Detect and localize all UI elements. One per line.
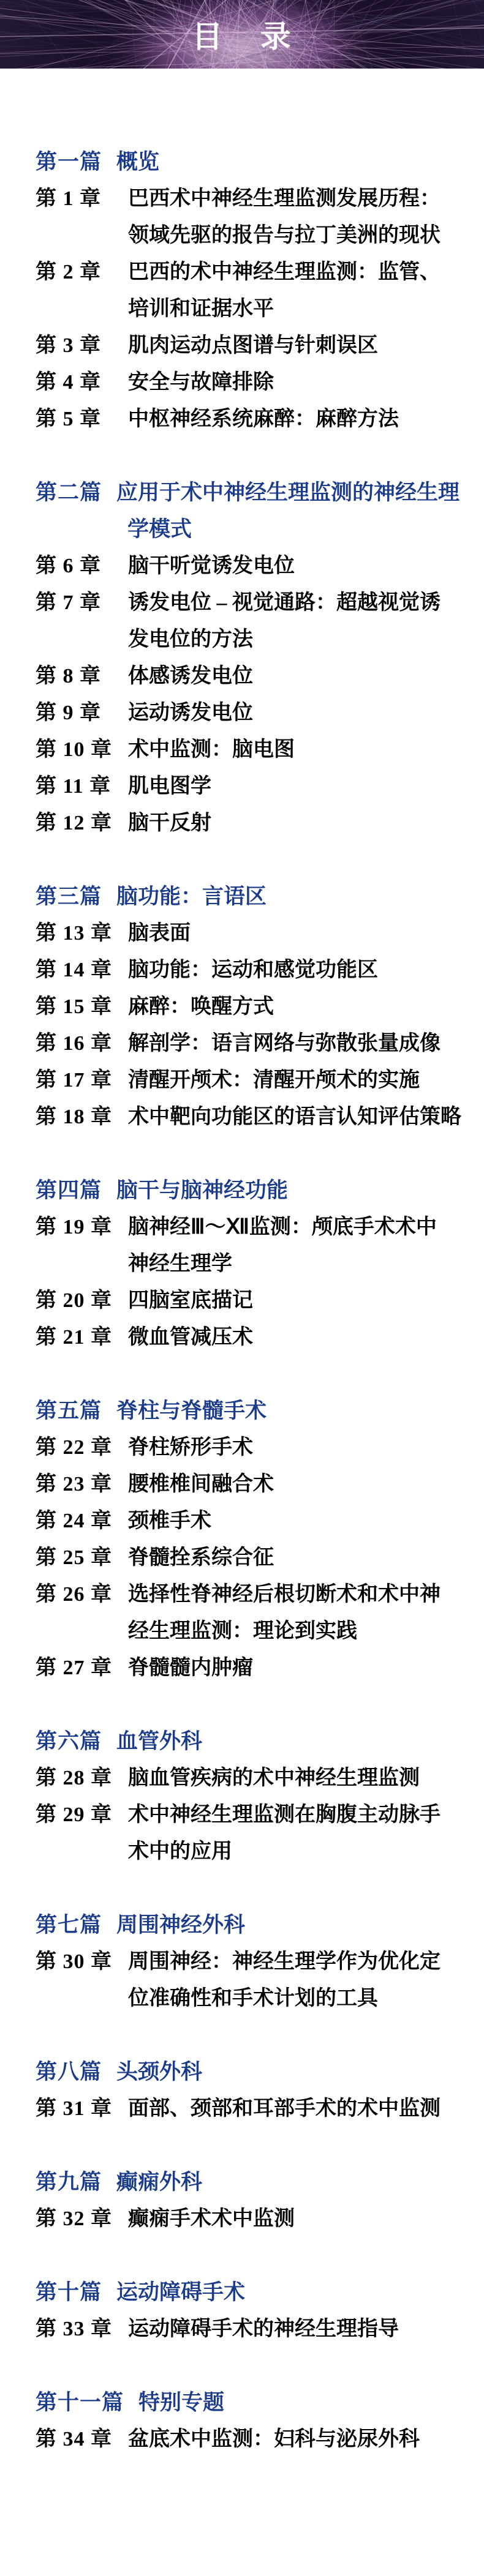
section-label: 第七篇 <box>36 1907 102 1944</box>
chapter-label: 第 7 章 <box>36 585 128 621</box>
chapter-row: 第 7 章诱发电位 – 视觉通路：超越视觉诱发电位的方法 <box>36 585 459 658</box>
chapter-title-line: 癫痫手术术中监测 <box>128 2201 295 2237</box>
section-title: 癫痫外科 <box>116 2164 202 2201</box>
chapter-label: 第 15 章 <box>36 989 128 1025</box>
chapter-title-line: 脑干听觉诱发电位 <box>128 548 295 585</box>
chapter-label: 第 27 章 <box>36 1650 128 1687</box>
section-block: 第七篇周围神经外科第 30 章周围神经：神经生理学作为优化定位准确性和手术计划的… <box>36 1907 459 2017</box>
chapter-label: 第 3 章 <box>36 328 128 364</box>
chapter-row: 第 11 章肌电图学 <box>36 768 459 805</box>
chapter-label: 第 21 章 <box>36 1319 128 1356</box>
chapter-title-line: 四脑室底描记 <box>128 1282 253 1319</box>
chapter-title-line: 脑干反射 <box>128 805 211 842</box>
chapter-row: 第 3 章肌肉运动点图谱与针刺误区 <box>36 328 459 364</box>
chapter-row: 第 17 章清醒开颅术：清醒开颅术的实施 <box>36 1062 459 1099</box>
section-header: 第十篇运动障碍手术 <box>36 2274 459 2311</box>
chapter-title-line: 脊髓拴系综合征 <box>128 1540 274 1576</box>
chapter-row: 第 22 章脊柱矫形手术 <box>36 1429 459 1466</box>
chapter-title: 术中监测：脑电图 <box>128 732 295 768</box>
chapter-label: 第 30 章 <box>36 1944 128 1980</box>
chapter-label: 第 13 章 <box>36 915 128 952</box>
chapter-row: 第 18 章术中靶向功能区的语言认知评估策略 <box>36 1099 459 1136</box>
banner: 目 录 <box>0 0 484 69</box>
chapter-title: 周围神经：神经生理学作为优化定位准确性和手术计划的工具 <box>128 1944 441 2017</box>
chapter-row: 第 29 章术中神经生理监测在胸腹主动脉手术中的应用 <box>36 1797 459 1870</box>
chapter-title-line: 脑功能：运动和感觉功能区 <box>128 952 378 989</box>
chapter-title: 中枢神经系统麻醉：麻醉方法 <box>128 401 399 438</box>
section-header: 第十一篇特别专题 <box>36 2384 459 2421</box>
chapter-title: 脊髓髓内肿瘤 <box>128 1650 253 1687</box>
chapter-row: 第 20 章四脑室底描记 <box>36 1282 459 1319</box>
section-label: 第十篇 <box>36 2274 102 2311</box>
chapter-title-line: 脑神经Ⅲ～Ⅻ监测：颅底手术术中 <box>128 1209 437 1246</box>
chapter-title-line: 术中神经生理监测在胸腹主动脉手 <box>128 1797 441 1833</box>
section-title: 脊柱与脊髓手术 <box>116 1393 267 1429</box>
chapter-title: 术中神经生理监测在胸腹主动脉手术中的应用 <box>128 1797 441 1870</box>
chapter-title: 腰椎椎间融合术 <box>128 1466 274 1503</box>
section-title-line: 脑功能：言语区 <box>116 878 267 915</box>
chapter-label: 第 16 章 <box>36 1025 128 1062</box>
chapter-row: 第 33 章运动障碍手术的神经生理指导 <box>36 2311 459 2348</box>
chapter-row: 第 10 章术中监测：脑电图 <box>36 732 459 768</box>
section-title: 应用于术中神经生理监测的神经生理学模式 <box>116 474 459 548</box>
chapter-title: 安全与故障排除 <box>128 364 274 401</box>
chapter-title-line: 麻醉：唤醒方式 <box>128 989 274 1025</box>
section-title-line: 学模式 <box>127 511 459 548</box>
section-block: 第九篇癫痫外科第 32 章癫痫手术术中监测 <box>36 2164 459 2237</box>
chapter-label: 第 33 章 <box>36 2311 128 2348</box>
chapter-label: 第 28 章 <box>36 1760 128 1797</box>
section-label: 第八篇 <box>36 2054 102 2091</box>
chapter-title-line: 领域先驱的报告与拉丁美洲的现状 <box>128 217 441 254</box>
chapter-title: 盆底术中监测：妇科与泌尿外科 <box>128 2421 420 2458</box>
chapter-label: 第 4 章 <box>36 364 128 401</box>
chapter-row: 第 6 章脑干听觉诱发电位 <box>36 548 459 585</box>
section-block: 第十篇运动障碍手术第 33 章运动障碍手术的神经生理指导 <box>36 2274 459 2348</box>
chapter-title-line: 安全与故障排除 <box>128 364 274 401</box>
chapter-row: 第 15 章麻醉：唤醒方式 <box>36 989 459 1025</box>
section-title: 概览 <box>116 144 159 181</box>
chapter-title: 术中靶向功能区的语言认知评估策略 <box>128 1099 461 1136</box>
chapter-label: 第 12 章 <box>36 805 128 842</box>
chapter-title: 脑血管疾病的术中神经生理监测 <box>128 1760 420 1797</box>
chapter-row: 第 28 章脑血管疾病的术中神经生理监测 <box>36 1760 459 1797</box>
section-block: 第三篇脑功能：言语区第 13 章脑表面第 14 章脑功能：运动和感觉功能区第 1… <box>36 878 459 1136</box>
chapter-label: 第 1 章 <box>36 181 128 217</box>
chapter-title: 脑功能：运动和感觉功能区 <box>128 952 378 989</box>
chapter-row: 第 24 章颈椎手术 <box>36 1503 459 1540</box>
section-label: 第五篇 <box>36 1393 102 1429</box>
chapter-title-line: 发电位的方法 <box>128 621 441 658</box>
section-title: 血管外科 <box>116 1723 202 1760</box>
chapter-label: 第 34 章 <box>36 2421 128 2458</box>
chapter-row: 第 31 章面部、颈部和耳部手术的术中监测 <box>36 2091 459 2127</box>
chapter-title-line: 肌电图学 <box>128 768 211 805</box>
chapter-title-line: 术中监测：脑电图 <box>128 732 295 768</box>
section-header: 第一篇概览 <box>36 144 459 181</box>
chapter-title: 清醒开颅术：清醒开颅术的实施 <box>128 1062 420 1099</box>
chapter-row: 第 25 章脊髓拴系综合征 <box>36 1540 459 1576</box>
chapter-title-line: 脊髓髓内肿瘤 <box>128 1650 253 1687</box>
chapter-title-line: 中枢神经系统麻醉：麻醉方法 <box>128 401 399 438</box>
chapter-label: 第 9 章 <box>36 695 128 732</box>
section-title-line: 癫痫外科 <box>116 2164 202 2201</box>
chapter-title-line: 巴西术中神经生理监测发展历程： <box>128 181 441 217</box>
chapter-title-line: 肌肉运动点图谱与针刺误区 <box>128 328 378 364</box>
chapter-label: 第 17 章 <box>36 1062 128 1099</box>
chapter-title-line: 神经生理学 <box>128 1246 437 1282</box>
chapter-label: 第 29 章 <box>36 1797 128 1833</box>
section-header: 第六篇血管外科 <box>36 1723 459 1760</box>
section-label: 第四篇 <box>36 1172 102 1209</box>
section-title: 脑干与脑神经功能 <box>116 1172 288 1209</box>
chapter-title: 微血管减压术 <box>128 1319 253 1356</box>
chapter-title: 脑干听觉诱发电位 <box>128 548 295 585</box>
chapter-title: 肌电图学 <box>128 768 211 805</box>
section-label: 第二篇 <box>36 474 102 511</box>
chapter-row: 第 30 章周围神经：神经生理学作为优化定位准确性和手术计划的工具 <box>36 1944 459 2017</box>
chapter-label: 第 26 章 <box>36 1576 128 1613</box>
chapter-title-line: 面部、颈部和耳部手术的术中监测 <box>128 2091 441 2127</box>
section-title: 特别专题 <box>138 2384 224 2421</box>
chapter-row: 第 21 章微血管减压术 <box>36 1319 459 1356</box>
chapter-title-line: 周围神经：神经生理学作为优化定 <box>128 1944 441 1980</box>
section-block: 第八篇头颈外科第 31 章面部、颈部和耳部手术的术中监测 <box>36 2054 459 2127</box>
section-title: 周围神经外科 <box>116 1907 245 1944</box>
chapter-title: 肌肉运动点图谱与针刺误区 <box>128 328 378 364</box>
chapter-title: 脑神经Ⅲ～Ⅻ监测：颅底手术术中神经生理学 <box>128 1209 437 1282</box>
toc-page: 目 录 第一篇概览第 1 章巴西术中神经生理监测发展历程：领域先驱的报告与拉丁美… <box>0 0 484 2576</box>
section-block: 第一篇概览第 1 章巴西术中神经生理监测发展历程：领域先驱的报告与拉丁美洲的现状… <box>36 144 459 438</box>
chapter-row: 第 32 章癫痫手术术中监测 <box>36 2201 459 2237</box>
chapter-label: 第 6 章 <box>36 548 128 585</box>
section-label: 第九篇 <box>36 2164 102 2201</box>
section-header: 第四篇脑干与脑神经功能 <box>36 1172 459 1209</box>
chapter-title: 诱发电位 – 视觉通路：超越视觉诱发电位的方法 <box>128 585 441 658</box>
chapter-label: 第 32 章 <box>36 2201 128 2237</box>
chapter-title: 解剖学：语言网络与弥散张量成像 <box>128 1025 441 1062</box>
chapter-title: 运动障碍手术的神经生理指导 <box>128 2311 399 2348</box>
chapter-row: 第 34 章盆底术中监测：妇科与泌尿外科 <box>36 2421 459 2458</box>
chapter-label: 第 11 章 <box>36 768 128 805</box>
chapter-row: 第 8 章体感诱发电位 <box>36 658 459 695</box>
section-header: 第二篇应用于术中神经生理监测的神经生理学模式 <box>36 474 459 548</box>
chapter-title-line: 体感诱发电位 <box>128 658 253 695</box>
chapter-title-line: 术中的应用 <box>128 1833 441 1870</box>
chapter-row: 第 19 章脑神经Ⅲ～Ⅻ监测：颅底手术术中神经生理学 <box>36 1209 459 1282</box>
section-block: 第五篇脊柱与脊髓手术第 22 章脊柱矫形手术第 23 章腰椎椎间融合术第 24 … <box>36 1393 459 1687</box>
chapter-title-line: 选择性脊神经后根切断术和术中神 <box>128 1576 441 1613</box>
chapter-label: 第 18 章 <box>36 1099 128 1136</box>
chapter-title-line: 经生理监测：理论到实践 <box>128 1613 441 1650</box>
section-title-line: 脑干与脑神经功能 <box>116 1172 288 1209</box>
chapter-row: 第 9 章运动诱发电位 <box>36 695 459 732</box>
chapter-row: 第 14 章脑功能：运动和感觉功能区 <box>36 952 459 989</box>
chapter-label: 第 31 章 <box>36 2091 128 2127</box>
section-title: 头颈外科 <box>116 2054 202 2091</box>
chapter-title: 运动诱发电位 <box>128 695 253 732</box>
section-label: 第三篇 <box>36 878 102 915</box>
chapter-title-line: 位准确性和手术计划的工具 <box>128 1980 441 2017</box>
chapter-row: 第 5 章中枢神经系统麻醉：麻醉方法 <box>36 401 459 438</box>
chapter-label: 第 2 章 <box>36 254 128 291</box>
chapter-title: 脑表面 <box>128 915 191 952</box>
section-title-line: 概览 <box>116 144 159 181</box>
chapter-title-line: 颈椎手术 <box>128 1503 211 1540</box>
chapter-title: 选择性脊神经后根切断术和术中神经生理监测：理论到实践 <box>128 1576 441 1650</box>
section-header: 第五篇脊柱与脊髓手术 <box>36 1393 459 1429</box>
chapter-title: 巴西的术中神经生理监测：监管、培训和证据水平 <box>128 254 441 328</box>
section-header: 第三篇脑功能：言语区 <box>36 878 459 915</box>
section-title-line: 运动障碍手术 <box>116 2274 245 2311</box>
page-title: 目 录 <box>0 0 484 69</box>
section-title-line: 特别专题 <box>138 2384 224 2421</box>
section-title-line: 脊柱与脊髓手术 <box>116 1393 267 1429</box>
chapter-title-line: 诱发电位 – 视觉通路：超越视觉诱 <box>128 585 441 621</box>
chapter-title: 巴西术中神经生理监测发展历程：领域先驱的报告与拉丁美洲的现状 <box>128 181 441 254</box>
chapter-title-line: 脊柱矫形手术 <box>128 1429 253 1466</box>
section-title-line: 头颈外科 <box>116 2054 202 2091</box>
chapter-row: 第 12 章脑干反射 <box>36 805 459 842</box>
chapter-title-line: 脑血管疾病的术中神经生理监测 <box>128 1760 420 1797</box>
section-header: 第七篇周围神经外科 <box>36 1907 459 1944</box>
chapter-title: 脊柱矫形手术 <box>128 1429 253 1466</box>
chapter-row: 第 4 章安全与故障排除 <box>36 364 459 401</box>
chapter-label: 第 23 章 <box>36 1466 128 1503</box>
chapter-row: 第 23 章腰椎椎间融合术 <box>36 1466 459 1503</box>
chapter-title-line: 盆底术中监测：妇科与泌尿外科 <box>128 2421 420 2458</box>
chapter-title: 面部、颈部和耳部手术的术中监测 <box>128 2091 441 2127</box>
section-label: 第一篇 <box>36 144 102 181</box>
section-label: 第六篇 <box>36 1723 102 1760</box>
chapter-label: 第 25 章 <box>36 1540 128 1576</box>
chapter-label: 第 8 章 <box>36 658 128 695</box>
section-block: 第十一篇特别专题第 34 章盆底术中监测：妇科与泌尿外科 <box>36 2384 459 2458</box>
chapter-row: 第 13 章脑表面 <box>36 915 459 952</box>
chapter-label: 第 24 章 <box>36 1503 128 1540</box>
chapter-label: 第 20 章 <box>36 1282 128 1319</box>
chapter-title-line: 解剖学：语言网络与弥散张量成像 <box>128 1025 441 1062</box>
chapter-title: 四脑室底描记 <box>128 1282 253 1319</box>
section-block: 第六篇血管外科第 28 章脑血管疾病的术中神经生理监测第 29 章术中神经生理监… <box>36 1723 459 1870</box>
section-title: 脑功能：言语区 <box>116 878 267 915</box>
chapter-label: 第 5 章 <box>36 401 128 438</box>
chapter-row: 第 26 章选择性脊神经后根切断术和术中神经生理监测：理论到实践 <box>36 1576 459 1650</box>
chapter-title-line: 腰椎椎间融合术 <box>128 1466 274 1503</box>
chapter-title-line: 运动诱发电位 <box>128 695 253 732</box>
chapter-row: 第 1 章巴西术中神经生理监测发展历程：领域先驱的报告与拉丁美洲的现状 <box>36 181 459 254</box>
chapter-row: 第 16 章解剖学：语言网络与弥散张量成像 <box>36 1025 459 1062</box>
section-header: 第九篇癫痫外科 <box>36 2164 459 2201</box>
section-title-line: 应用于术中神经生理监测的神经生理 <box>116 474 459 511</box>
chapter-title: 脑干反射 <box>128 805 211 842</box>
chapter-title-line: 微血管减压术 <box>128 1319 253 1356</box>
section-title: 运动障碍手术 <box>116 2274 245 2311</box>
chapter-label: 第 10 章 <box>36 732 128 768</box>
section-block: 第二篇应用于术中神经生理监测的神经生理学模式第 6 章脑干听觉诱发电位第 7 章… <box>36 474 459 842</box>
section-block: 第四篇脑干与脑神经功能第 19 章脑神经Ⅲ～Ⅻ监测：颅底手术术中神经生理学第 2… <box>36 1172 459 1356</box>
section-title-line: 周围神经外科 <box>116 1907 245 1944</box>
chapter-label: 第 22 章 <box>36 1429 128 1466</box>
chapter-title: 麻醉：唤醒方式 <box>128 989 274 1025</box>
chapter-title-line: 脑表面 <box>128 915 191 952</box>
chapter-title: 颈椎手术 <box>128 1503 211 1540</box>
chapter-title-line: 巴西的术中神经生理监测：监管、 <box>128 254 441 291</box>
chapter-label: 第 19 章 <box>36 1209 128 1246</box>
chapter-title-line: 培训和证据水平 <box>128 291 441 328</box>
section-title-line: 血管外科 <box>116 1723 202 1760</box>
chapter-title-line: 清醒开颅术：清醒开颅术的实施 <box>128 1062 420 1099</box>
section-header: 第八篇头颈外科 <box>36 2054 459 2091</box>
chapter-title: 脊髓拴系综合征 <box>128 1540 274 1576</box>
chapter-label: 第 14 章 <box>36 952 128 989</box>
chapter-title: 癫痫手术术中监测 <box>128 2201 295 2237</box>
section-label: 第十一篇 <box>36 2384 124 2421</box>
chapter-title-line: 运动障碍手术的神经生理指导 <box>128 2311 399 2348</box>
toc-list: 第一篇概览第 1 章巴西术中神经生理监测发展历程：领域先驱的报告与拉丁美洲的现状… <box>0 69 484 2458</box>
chapter-row: 第 2 章巴西的术中神经生理监测：监管、培训和证据水平 <box>36 254 459 328</box>
chapter-title: 体感诱发电位 <box>128 658 253 695</box>
chapter-row: 第 27 章脊髓髓内肿瘤 <box>36 1650 459 1687</box>
chapter-title-line: 术中靶向功能区的语言认知评估策略 <box>128 1099 461 1136</box>
